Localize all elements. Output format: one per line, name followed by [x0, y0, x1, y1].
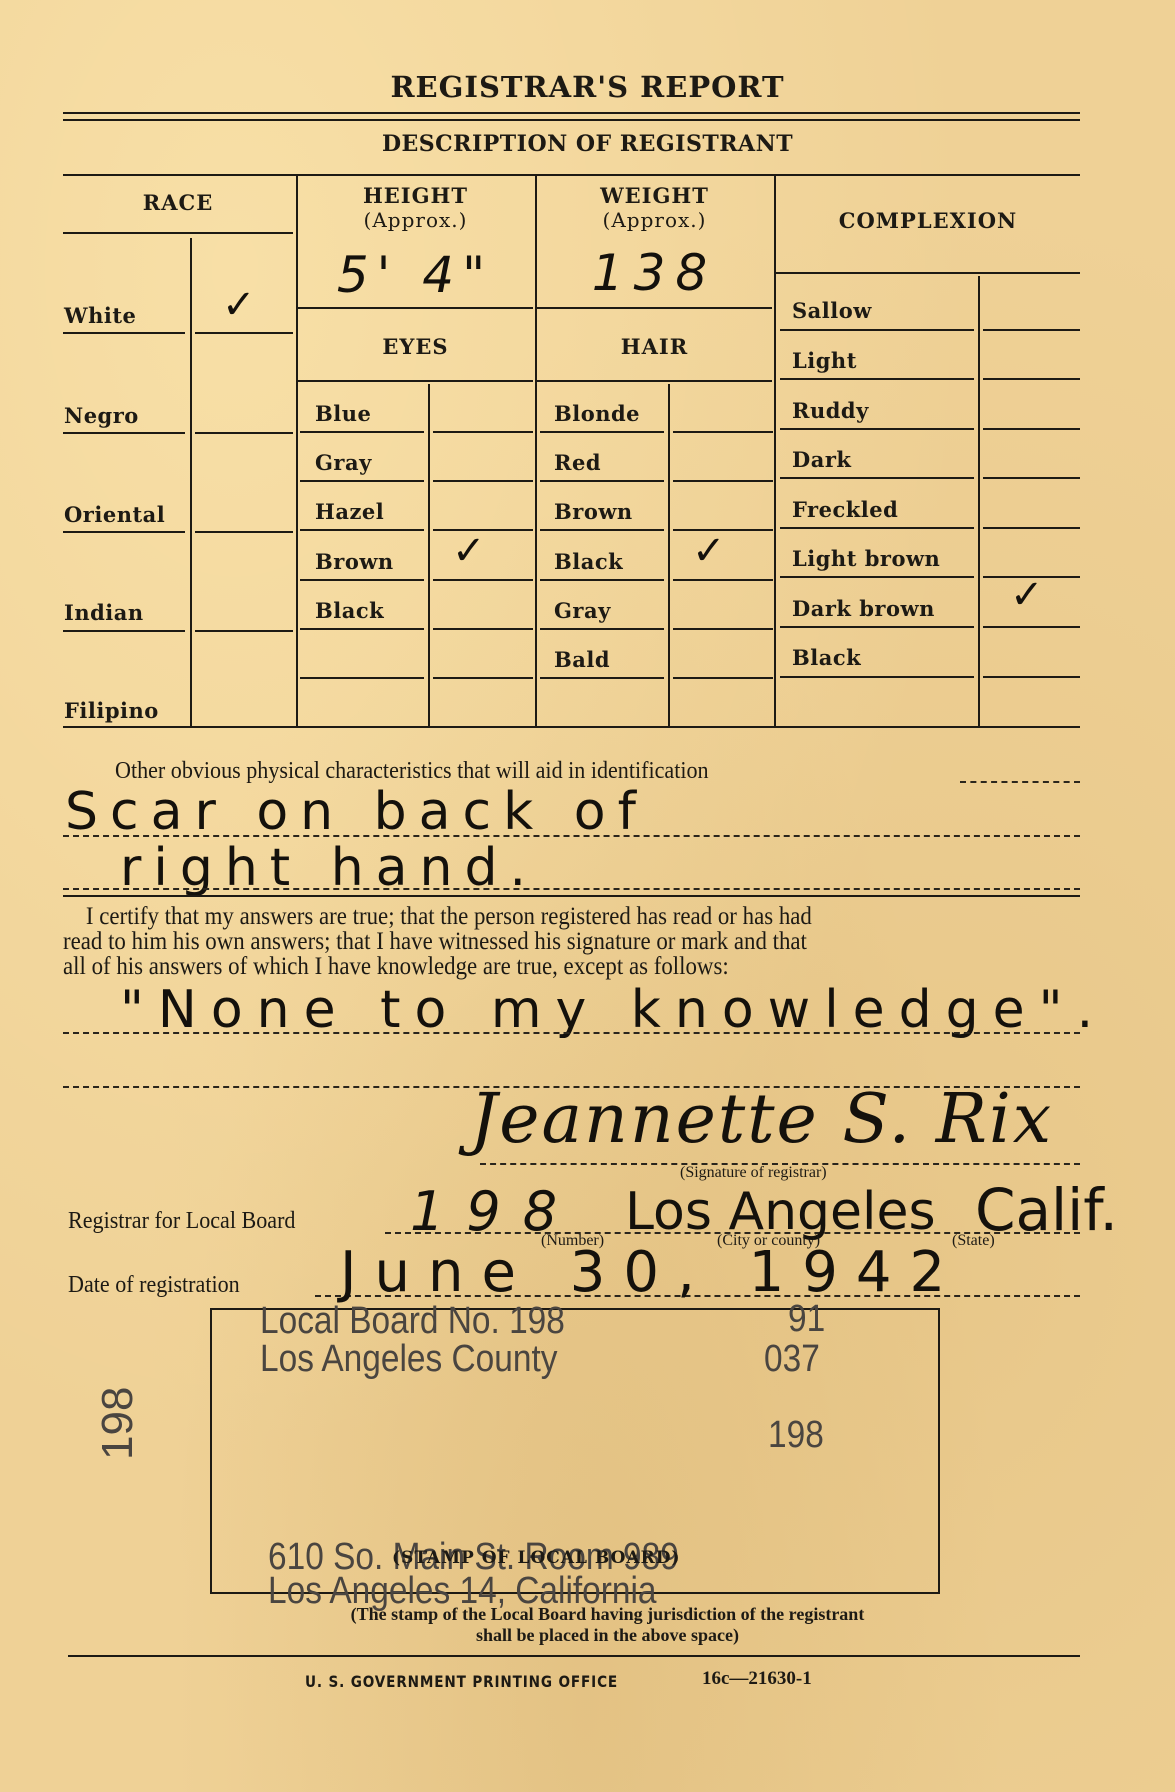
- form-code: 16c—21630-1: [702, 1668, 812, 1690]
- complexion-option-black: Black: [792, 645, 861, 670]
- race-oriental-checkbox[interactable]: [195, 500, 293, 530]
- race-header-rule: [63, 232, 293, 234]
- row-rule: [195, 432, 293, 434]
- race-negro-checkbox[interactable]: [195, 400, 293, 430]
- race-header: RACE: [63, 191, 293, 215]
- registrar-signature[interactable]: Jeannette S. Rix: [470, 1080, 1053, 1159]
- race-option-filipino: Filipino: [64, 698, 159, 723]
- certification-line-3: all of his answers of which I have knowl…: [63, 954, 812, 979]
- stamp-instruction-line-2: shall be placed in the above space): [0, 1625, 1175, 1646]
- complexion-option-dark-brown: Dark brown: [792, 596, 935, 621]
- footer-rule: [68, 1655, 1080, 1657]
- row-rule: [63, 531, 185, 533]
- stamp-caption: (STAMP OF LOCAL BOARD): [392, 1548, 681, 1568]
- title-rule-top: [63, 112, 1080, 114]
- section-rule: [63, 895, 1080, 897]
- eyes-option-brown: Brown: [315, 549, 394, 574]
- height-value[interactable]: 5' 4": [300, 246, 530, 304]
- eyes-option-gray: Gray: [315, 450, 372, 475]
- certification-line-2: read to him his own answers; that I have…: [63, 929, 812, 954]
- height-header-label: HEIGHT: [298, 184, 533, 208]
- characteristics-line1[interactable]: Scar on back of: [65, 782, 648, 842]
- complexion-dark-brown-checkbox[interactable]: ✓: [1010, 572, 1044, 618]
- stamp-num-3: 198: [768, 1414, 824, 1457]
- complexion-option-freckled: Freckled: [792, 497, 898, 522]
- registration-date-value[interactable]: June 30, 1942: [340, 1240, 963, 1305]
- stamp-side-number: 198: [93, 1387, 143, 1460]
- eyes-header: EYES: [298, 335, 533, 359]
- complexion-option-light-brown: Light brown: [792, 546, 940, 571]
- stamp-num-2: 037: [764, 1338, 820, 1381]
- eyes-check-divider: [428, 384, 430, 726]
- row-rule: [63, 432, 185, 434]
- row-rule: [63, 332, 185, 334]
- eyes-option-blue: Blue: [315, 401, 371, 426]
- race-option-indian: Indian: [64, 600, 144, 625]
- row-rule: [63, 630, 185, 632]
- complexion-option-sallow: Sallow: [792, 298, 872, 323]
- leader-dots: [960, 781, 1080, 783]
- title-rule-bottom: [63, 119, 1080, 121]
- complexion-header: COMPLEXION: [776, 209, 1080, 233]
- height-value-rule: [298, 307, 533, 309]
- hair-option-brown: Brown: [554, 499, 633, 524]
- complexion-header-rule: [776, 272, 1080, 274]
- height-header: HEIGHT (Approx.): [298, 184, 533, 232]
- printer-credit: U. S. GOVERNMENT PRINTING OFFICE: [305, 1672, 618, 1691]
- characteristics-line1-rule: [63, 835, 1080, 837]
- height-header-approx: (Approx.): [298, 208, 533, 232]
- complexion-option-light: Light: [792, 348, 857, 373]
- hair-check-divider: [668, 384, 670, 726]
- col-divider: [774, 175, 776, 726]
- race-white-checkbox[interactable]: ✓: [222, 282, 256, 328]
- stamp-instruction-line-1: (The stamp of the Local Board having jur…: [0, 1604, 1175, 1625]
- certification-text: I certify that my answers are true; that…: [63, 904, 812, 979]
- table-bottom-rule: [63, 726, 1080, 728]
- stamp-instruction: (The stamp of the Local Board having jur…: [0, 1604, 1175, 1646]
- certification-exception[interactable]: "None to my knowledge".: [120, 980, 1107, 1040]
- race-option-oriental: Oriental: [64, 502, 165, 527]
- characteristics-label: Other obvious physical characteristics t…: [115, 758, 709, 785]
- section-subtitle: DESCRIPTION OF REGISTRANT: [0, 131, 1175, 157]
- row-rule: [195, 332, 293, 334]
- weight-header-approx: (Approx.): [537, 208, 772, 232]
- col-divider: [296, 175, 298, 726]
- characteristics-line2-rule: [63, 888, 1080, 890]
- stamp-line-1: Local Board No. 198: [260, 1300, 565, 1343]
- hair-option-bald: Bald: [554, 647, 610, 672]
- eyes-brown-checkbox[interactable]: ✓: [452, 528, 486, 574]
- hair-option-gray: Gray: [554, 598, 611, 623]
- complexion-check-divider: [978, 276, 980, 726]
- stamp-line-2: Los Angeles County: [260, 1338, 557, 1381]
- race-option-negro: Negro: [64, 403, 139, 428]
- row-rule: [195, 630, 293, 632]
- hair-header-rule: [537, 380, 772, 382]
- race-option-white: White: [64, 303, 136, 328]
- hair-option-black: Black: [554, 549, 623, 574]
- weight-value[interactable]: 138: [537, 244, 772, 302]
- exception-line1-rule: [63, 1032, 1080, 1034]
- race-check-divider: [190, 238, 192, 726]
- hair-option-blonde: Blonde: [554, 401, 640, 426]
- table-top-rule: [63, 174, 1080, 176]
- hair-option-red: Red: [554, 450, 601, 475]
- weight-header: WEIGHT (Approx.): [537, 184, 772, 232]
- hair-header: HAIR: [537, 335, 772, 359]
- complexion-option-ruddy: Ruddy: [792, 398, 869, 423]
- eyes-option-hazel: Hazel: [315, 499, 384, 524]
- race-indian-checkbox[interactable]: [195, 598, 293, 628]
- row-rule: [195, 531, 293, 533]
- report-title: REGISTRAR'S REPORT: [0, 70, 1175, 104]
- eyes-header-rule: [298, 380, 533, 382]
- race-filipino-checkbox[interactable]: [195, 695, 293, 725]
- local-board-state[interactable]: Calif.: [975, 1176, 1118, 1244]
- hair-black-checkbox[interactable]: ✓: [692, 528, 726, 574]
- stamp-num-1: 91: [788, 1298, 825, 1341]
- weight-value-rule: [537, 307, 772, 309]
- signature-caption: (Signature of registrar): [680, 1164, 827, 1182]
- weight-header-label: WEIGHT: [537, 184, 772, 208]
- registration-date-label: Date of registration: [68, 1272, 240, 1299]
- complexion-option-dark: Dark: [792, 447, 851, 472]
- eyes-option-black: Black: [315, 598, 384, 623]
- certification-line-1: I certify that my answers are true; that…: [63, 904, 812, 929]
- local-board-label: Registrar for Local Board: [68, 1208, 295, 1235]
